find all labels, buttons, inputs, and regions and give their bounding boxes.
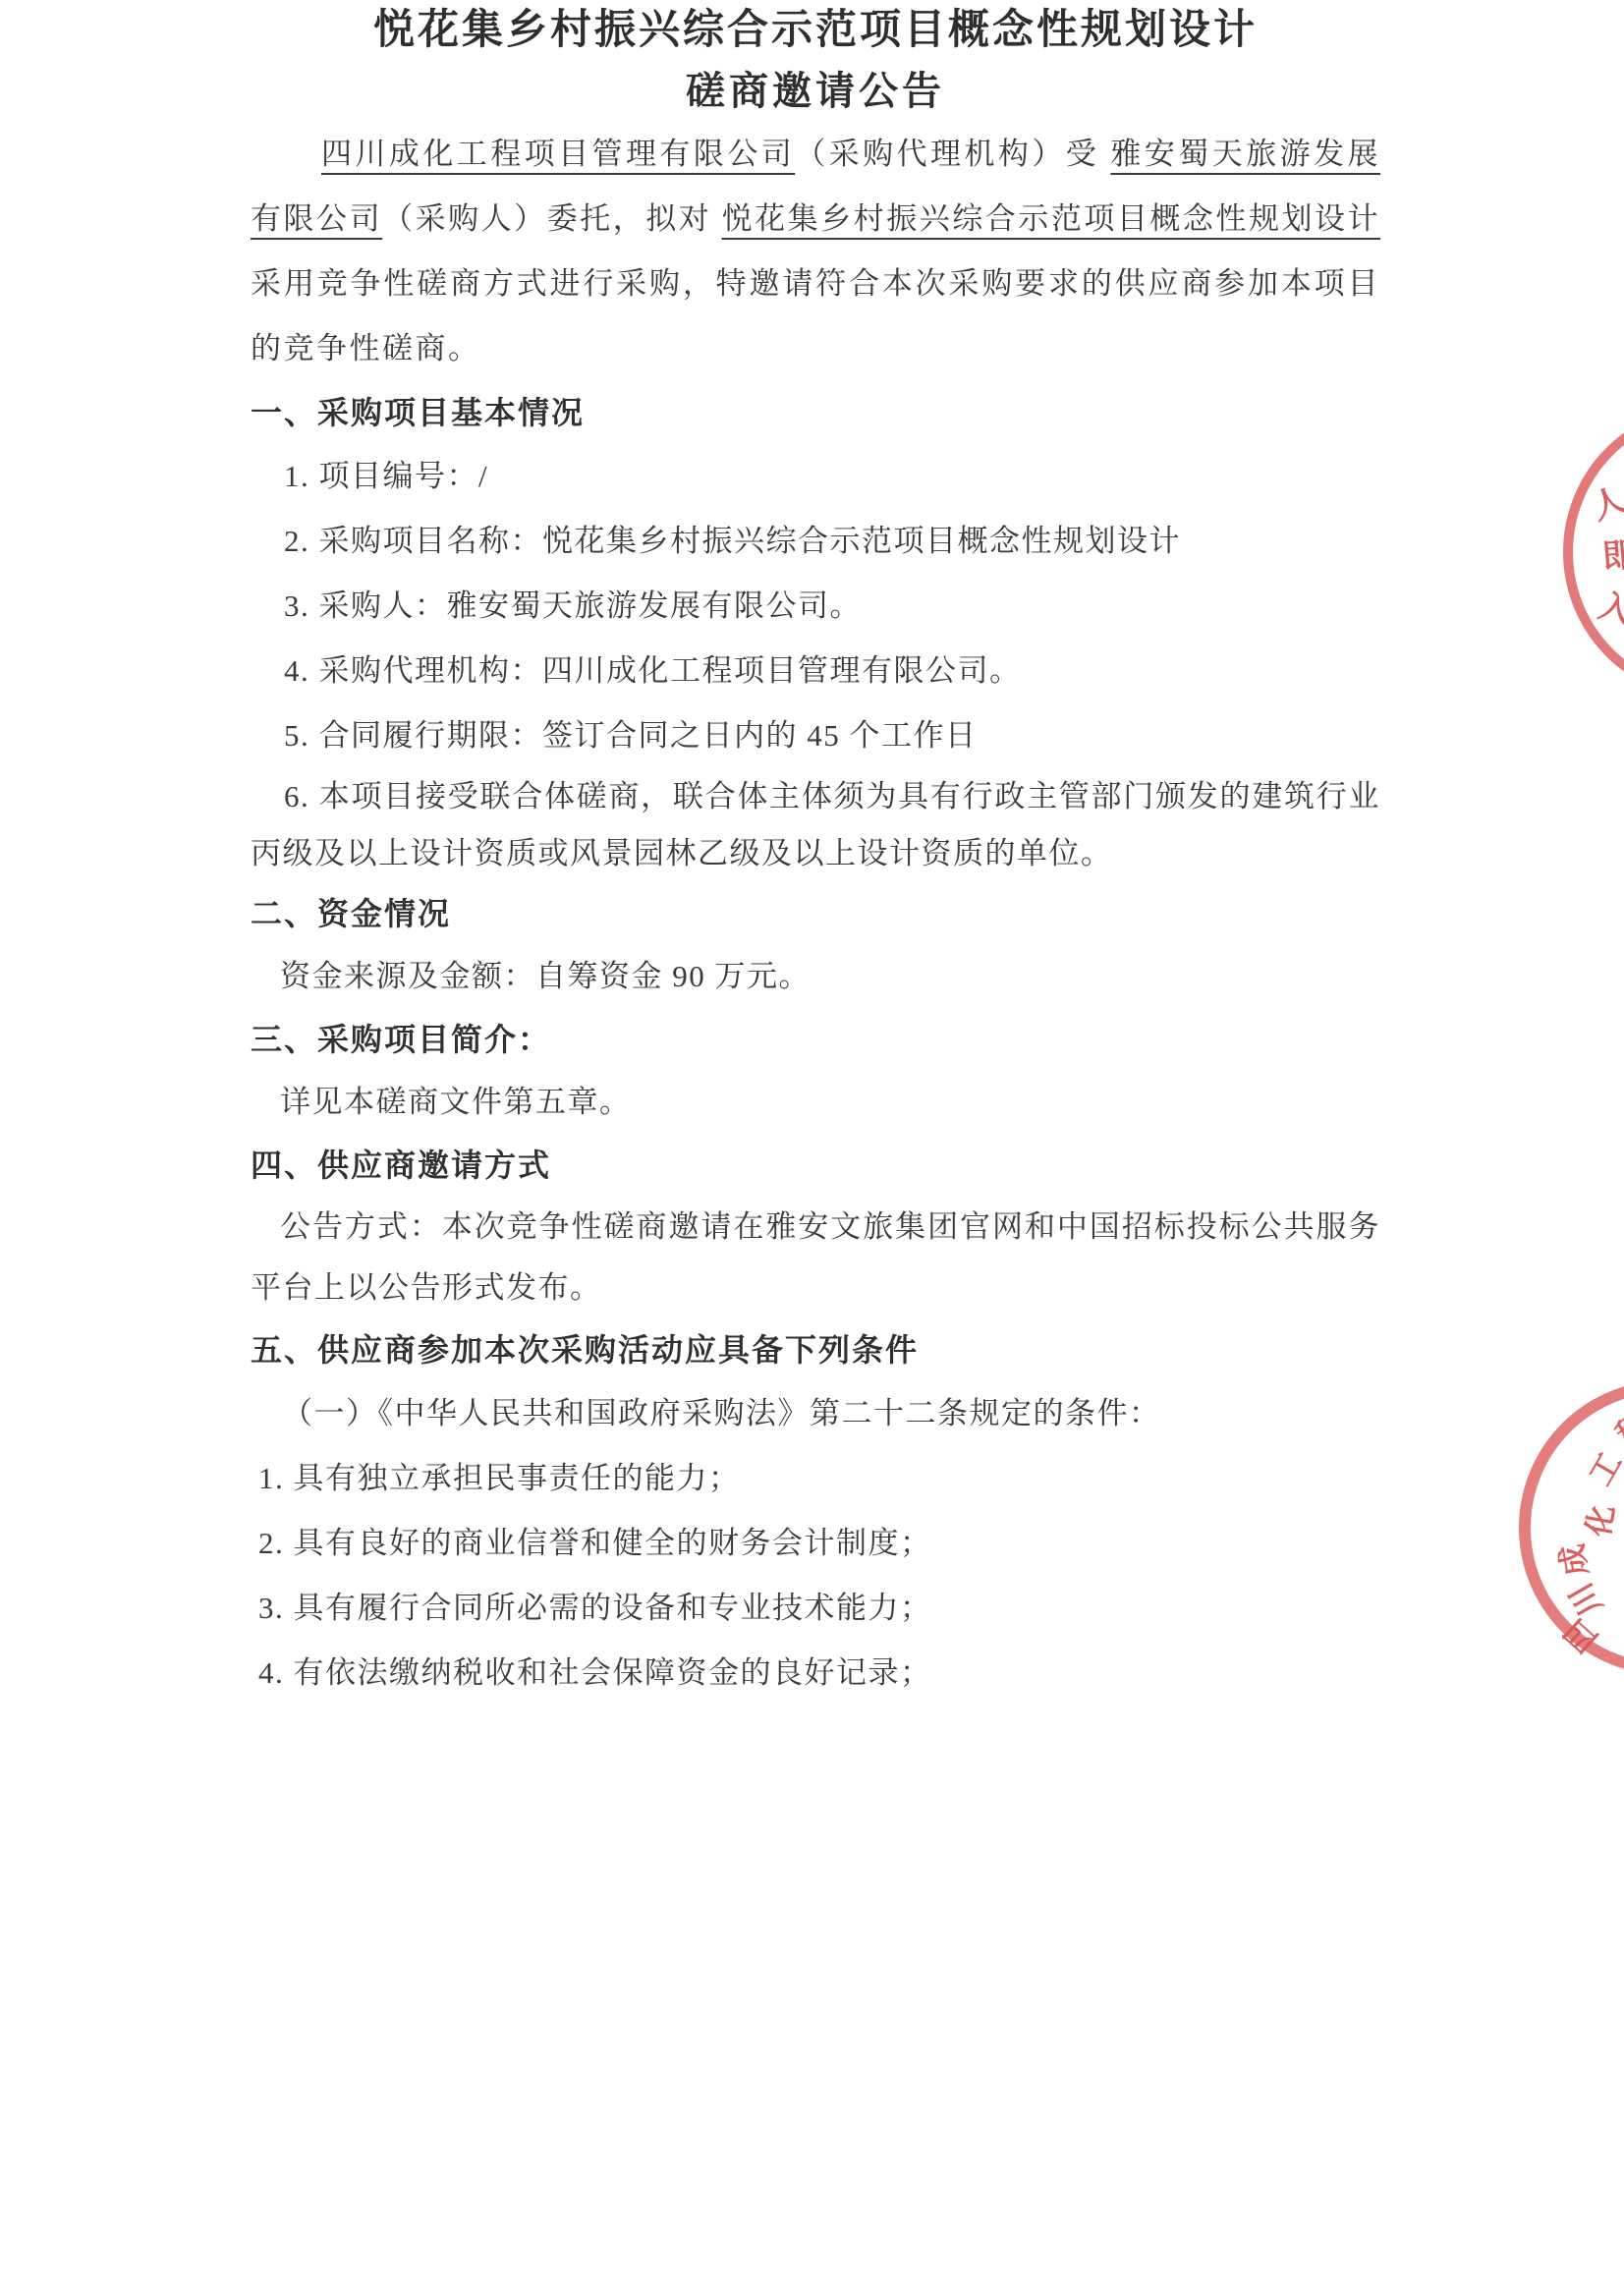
section-2-body: 资金来源及金额：自筹资金 90 万元。 xyxy=(251,945,1380,1008)
section-1-item-2: 2. 采购项目名称：悦花集乡村振兴综合示范项目概念性规划设计 xyxy=(251,509,1380,574)
section-1-item-1: 1. 项目编号：/ xyxy=(251,444,1380,509)
seal-glyph: 即 xyxy=(1601,539,1624,576)
seal-glyph: 川 xyxy=(1564,1578,1607,1621)
section-1-item-4: 4. 采购代理机构：四川成化工程项目管理有限公司。 xyxy=(251,639,1380,703)
section-3-heading: 三、采购项目简介： xyxy=(251,1008,1380,1071)
section-5-heading: 五、供应商参加本次采购活动应具备下列条件 xyxy=(251,1318,1380,1381)
intro-text-3: 采用竞争性磋商方式进行采购，特邀请符合本次采购要求的供应商参加本项目的竞争性磋商… xyxy=(251,266,1380,365)
seal-glyph: 工 xyxy=(1584,1447,1624,1490)
section-1-heading: 一、采购项目基本情况 xyxy=(251,381,1380,444)
seal-glyph: 入 xyxy=(1595,589,1624,630)
seal-glyph: 人 xyxy=(1588,483,1624,527)
document-title: 悦花集乡村振兴综合示范项目概念性规划设计 xyxy=(251,0,1380,61)
section-2-heading: 二、资金情况 xyxy=(251,882,1380,945)
section-5-subheading: （一）《中华人民共和国政府采购法》第二十二条规定的条件： xyxy=(251,1381,1380,1446)
section-1-item-6: 6. 本项目接受联合体磋商，联合体主体须为具有行政主管部门颁发的建筑行业丙级及以… xyxy=(251,768,1380,882)
seal-glyph: 程 xyxy=(1611,1408,1624,1452)
section-5-item-1: 1. 具有独立承担民事责任的能力； xyxy=(251,1446,1380,1511)
section-5-item-4: 4. 有依法缴纳税收和社会保障资金的良好记录； xyxy=(251,1641,1380,1706)
project-name: 悦花集乡村振兴综合示范项目概念性规划设计 xyxy=(722,201,1380,236)
seal-glyph: 化 xyxy=(1582,1502,1618,1539)
intro-paragraph: 四川成化工程项目管理有限公司（采购代理机构）受 雅安蜀天旅游发展有限公司（采购人… xyxy=(251,122,1380,381)
red-seal-middle-right: 四 川 成 化 工 程 xyxy=(1519,1380,1624,1675)
document-page: 悦花集乡村振兴综合示范项目概念性规划设计 磋商邀请公告 四川成化工程项目管理有限… xyxy=(0,0,1624,2295)
seal-glyph: 成 xyxy=(1555,1541,1592,1578)
section-5-item-2: 2. 具有良好的商业信誉和健全的财务会计制度； xyxy=(251,1511,1380,1576)
document-subtitle: 磋商邀请公告 xyxy=(251,61,1380,122)
section-4-heading: 四、供应商邀请方式 xyxy=(251,1134,1380,1197)
red-seal-top-right: 人 即 入 xyxy=(1563,405,1624,700)
procurement-agency-name: 四川成化工程项目管理有限公司 xyxy=(321,137,795,171)
section-1-item-5: 5. 合同履行期限：签订合同之日内的 45 个工作日 xyxy=(251,703,1380,768)
section-5-item-3: 3. 具有履行合同所必需的设备和专业技术能力； xyxy=(251,1576,1380,1641)
intro-text-2: （采购人）委托，拟对 xyxy=(382,201,722,236)
section-3-body: 详见本磋商文件第五章。 xyxy=(251,1071,1380,1134)
section-1-item-3: 3. 采购人：雅安蜀天旅游发展有限公司。 xyxy=(251,574,1380,639)
intro-text-1: （采购代理机构）受 xyxy=(795,137,1110,171)
section-4-body: 公告方式：本次竞争性磋商邀请在雅安文旅集团官网和中国招标投标公共服务平台上以公告… xyxy=(251,1197,1380,1318)
document-content: 悦花集乡村振兴综合示范项目概念性规划设计 磋商邀请公告 四川成化工程项目管理有限… xyxy=(251,0,1380,1706)
